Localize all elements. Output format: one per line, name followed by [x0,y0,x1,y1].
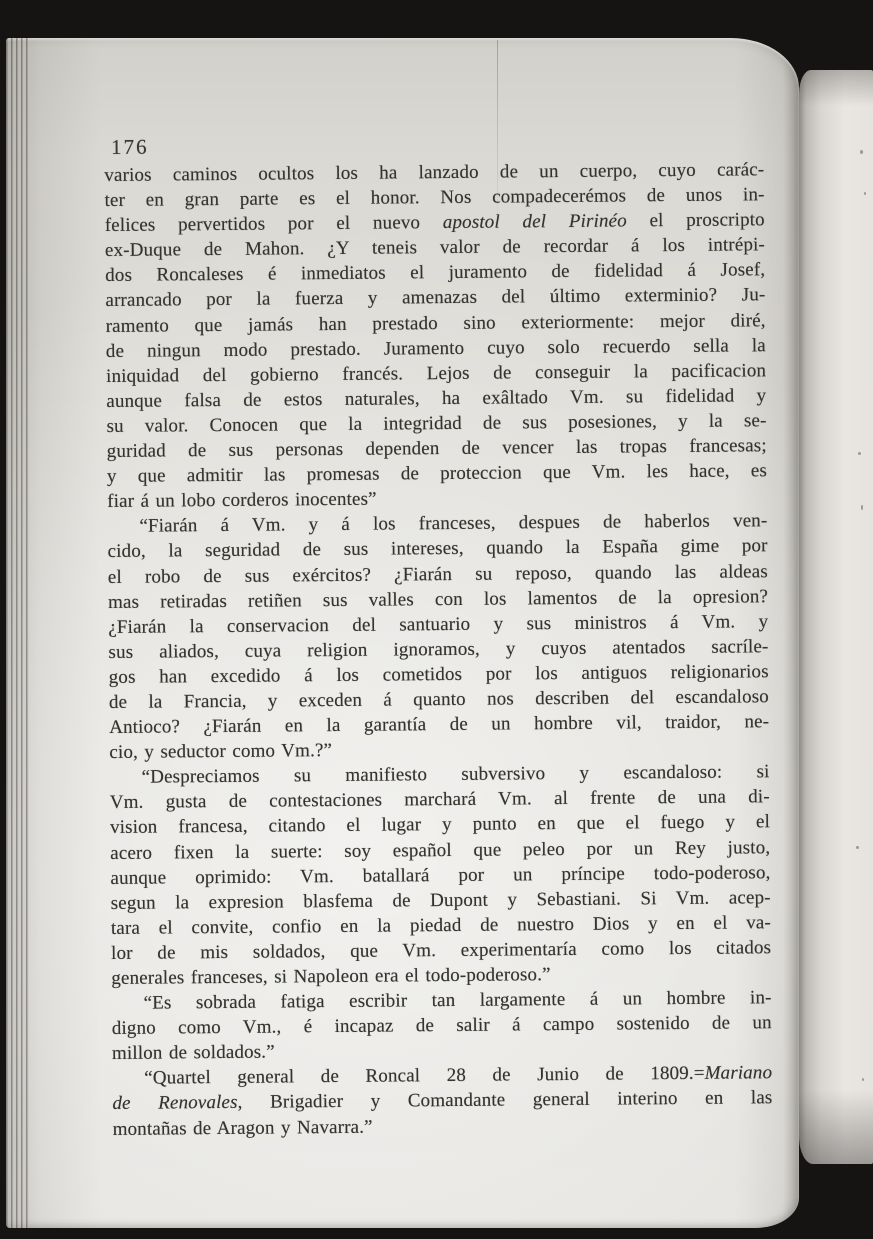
text-segment: el robo de sus exércitos? ¿Fiarán su rep… [108,561,768,588]
ink-speck [864,192,866,195]
text-segment: guridad de sus personas dependen de venc… [107,435,767,462]
text-segment: aunque falsa de estos naturales, ha exâl… [106,385,766,412]
text-segment: y que admitir las promesas de proteccion… [107,460,767,487]
page-fore-edge [799,70,873,1164]
text-segment: lor de mis soldados, que Vm. experimenta… [111,937,771,964]
text-segment: , Brigadier y Comandante general interin… [238,1088,773,1114]
ink-speck [856,846,859,849]
italic-text-segment: de Renovales [112,1092,237,1114]
text-segment: cio, y seductor como Vm.?” [109,740,332,763]
text-segment: Vm. gusta de contestaciones marchará Vm.… [110,787,770,814]
text-segment: “Es sobrada fatiga escribir tan largamen… [143,987,771,1013]
book-binding-page-edges [6,38,29,1228]
text-segment: Antioco? ¿Fiarán en la garantía de un ho… [109,711,769,738]
text-segment: arrancado por la fuerza y amenazas del ú… [105,285,765,312]
text-segment: “Quartel general de Roncal 28 de Junio d… [144,1063,705,1089]
text-segment: “Despreciamos su manifiesto subversivo y… [142,761,770,787]
text-block: 176 varios caminos ocultos los ha lanzad… [104,130,773,1141]
text-segment: ramento que jamás han prestado sino exte… [106,310,766,337]
text-segment: montañas de Aragon y Navarra.” [113,1116,373,1139]
text-segment: segun la expresion blasfema de Dupont y … [111,887,771,914]
italic-text-segment: apostol del Pirinéo [443,211,627,234]
book-scan: 176 varios caminos ocultos los ha lanzad… [0,0,873,1239]
ink-speck [861,505,863,510]
text-segment: millon de soldados.” [112,1042,275,1064]
text-segment: dos Roncaleses é inmediatos el juramento… [105,260,765,287]
text-segment: aunque oprimido: Vm. batallará por un pr… [110,862,770,889]
text-segment: el proscripto [627,209,765,231]
text-segment: ter en gran parte es el honor. Nos compa… [104,184,764,211]
text-segment: vision francesa, citando el lugar y punt… [110,812,770,839]
text-segment: ex-Duque de Mahon. ¿Y teneis valor de re… [105,235,765,262]
body-text: varios caminos ocultos los ha lanzado de… [104,157,773,1141]
text-segment: varios caminos ocultos los ha lanzado de… [104,159,764,186]
text-segment: digno como Vm., é incapaz de salir á cam… [112,1012,772,1039]
text-segment: felices pervertidos por el nuevo [105,212,443,236]
italic-text-segment: Mariano [705,1063,773,1085]
text-segment: generales franceses, si Napoleon era el … [111,964,550,989]
text-segment: tara el convite, confio en la piedad de … [111,912,771,939]
ink-speck [862,1078,864,1081]
text-segment: gos han excedido á los cometidos por los… [109,661,769,688]
text-segment: cido, la seguridad de sus intereses, qua… [108,536,768,563]
text-line: montañas de Aragon y Navarra.” [113,1111,773,1142]
ink-speck [858,452,861,455]
text-segment: “Fiarán á Vm. y á los franceses, despues… [139,511,767,537]
text-segment: acero fixen la suerte: soy español que p… [110,837,770,864]
text-segment: de la Francia, y exceden á quanto nos de… [109,686,769,713]
page: 176 varios caminos ocultos los ha lanzad… [6,38,799,1228]
text-segment: mas retiradas retiñen sus valles con los… [108,586,768,613]
text-segment: su valor. Conocen que la integridad de s… [106,410,766,437]
text-segment: iniquidad del gobierno francés. Lejos de… [106,360,766,387]
ink-speck [860,150,863,154]
text-segment: de ningun modo prestado. Juramento cuyo … [106,335,766,362]
text-segment: sus aliados, cuya religion ignoramos, y … [108,636,768,663]
text-segment: fiar á un lobo corderos inocentes” [107,489,377,512]
text-segment: ¿Fiarán la conservacion del santuario y … [108,611,768,638]
